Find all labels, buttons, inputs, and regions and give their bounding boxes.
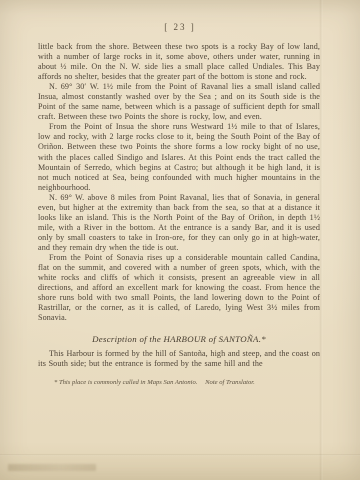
footnote: * This place is commonly called in Maps … [38,379,320,387]
body-paragraph: This Harbour is formed by the hill of Sa… [38,349,320,369]
page-number: [ 23 ] [0,0,360,32]
body-paragraph: From the Point of Insua the shore runs W… [38,122,320,192]
footnote-text: * This place is commonly called in Maps … [54,379,197,386]
body-paragraph: little back from the shore. Between thes… [38,42,320,82]
body-paragraph: From the Point of Sonavia rises up a con… [38,253,320,323]
scan-bottom-edge [0,454,360,456]
section-heading: Description of the HARBOUR of SANTOÑA.* [38,334,320,344]
text-block: little back from the shore. Between thes… [38,42,320,387]
body-paragraph: N. 69° 30′ W. 1½ mile from the Point of … [38,82,320,122]
scanned-book-page: [ 23 ] little back from the shore. Betwe… [0,0,360,480]
body-paragraph: N. 69° W. above 8 miles from Point Ravan… [38,193,320,253]
faint-library-stamp [8,464,96,471]
footnote-attribution: Note of Translator. [199,379,255,386]
